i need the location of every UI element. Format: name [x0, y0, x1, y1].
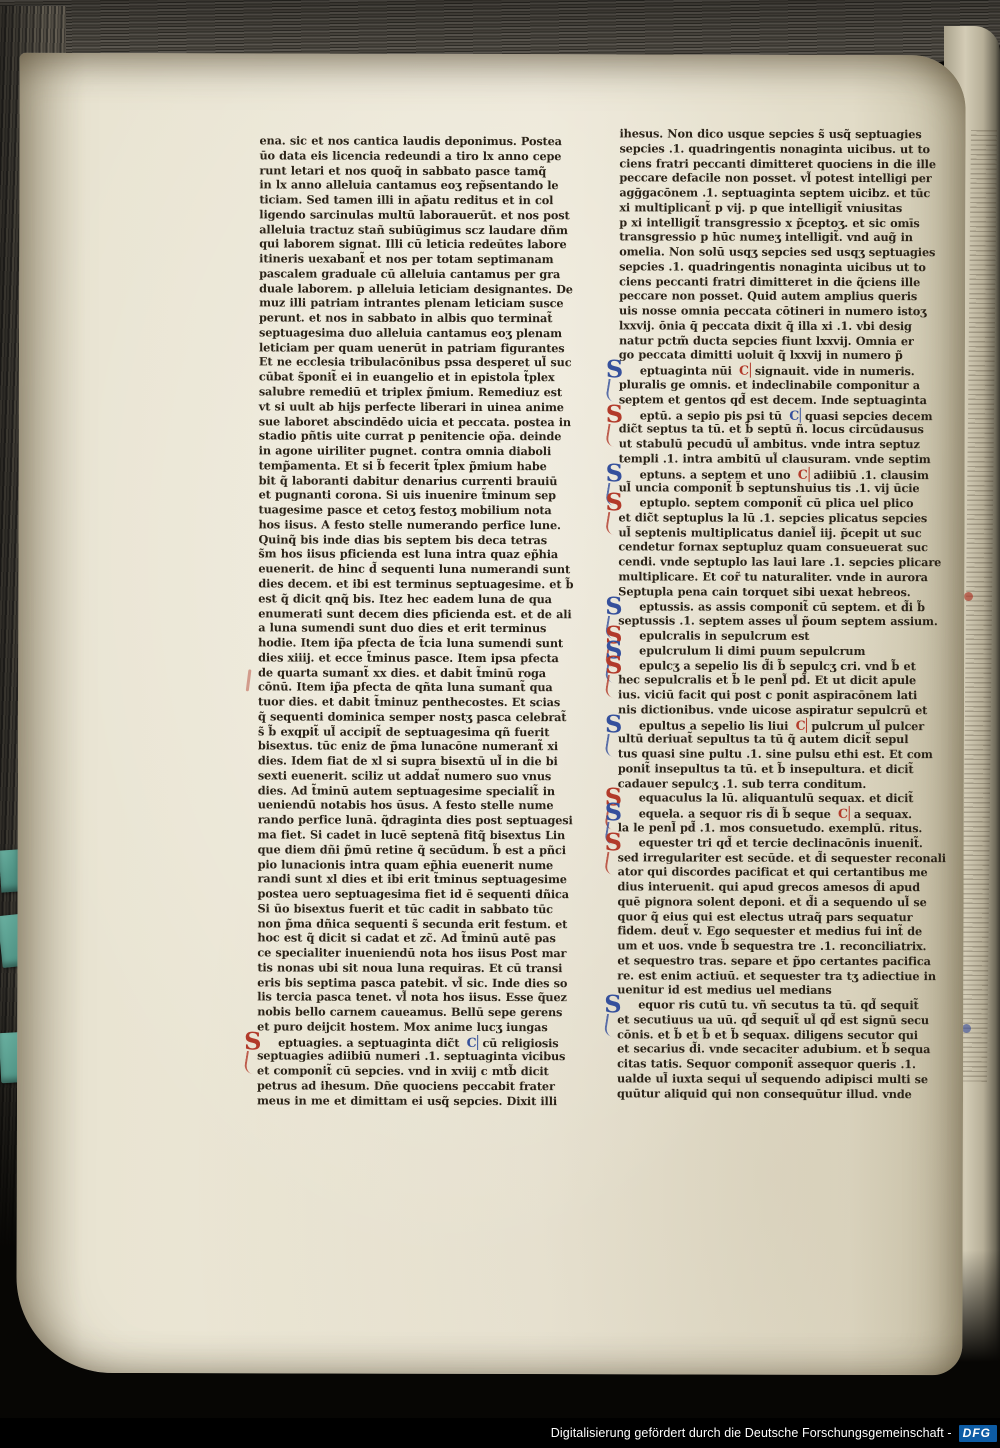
- line-text: s̃m hos iisus pficienda est luna intra q…: [258, 547, 558, 562]
- text-line: in lx anno alleluia cantamus eoʒ rep̃sen…: [259, 178, 567, 194]
- line-text: cendetur fornax septupluz quam consueuer…: [618, 540, 927, 555]
- text-line: Sequester tri qd̃ et tercie declinacōnis…: [618, 835, 920, 851]
- line-text: templi .1. intra ambitū ul̃ clausuram. v…: [619, 451, 931, 466]
- line-text: epulcrulum li dimi puum sepulcrum: [639, 643, 865, 658]
- line-text: agḡgacōnem .1. septuaginta septem uicibz…: [619, 185, 930, 200]
- line-text: equaculus la lū. aliquantulū sequax. et …: [639, 791, 914, 806]
- line-text: et componit̃ cū sepcies. vnd in xviij c …: [257, 1064, 549, 1079]
- text-line: Septuaginta nūi Csignauit. vide in numer…: [619, 363, 921, 379]
- adjacent-page-blue-initial: [962, 1024, 971, 1033]
- text-line: quor q̃ eius qui est electus utraq̃ pars…: [617, 909, 919, 925]
- text-line: s̃ b̃ exqpit̃ ul̃ accipit̃ de septuagesi…: [258, 724, 566, 740]
- text-line: sepcies .1. quadringentis nonaginta uici…: [619, 141, 921, 157]
- pilcrow-mark: C: [798, 466, 810, 481]
- line-text: lis tercia pasca tenet. vl̃ nota hos iis…: [257, 990, 567, 1005]
- line-text: hos iisus. A festo stelle numerando perf…: [258, 517, 560, 532]
- text-line: qui laborem signat. Illi cū leticia rede…: [259, 237, 567, 253]
- line-text: ultū deriuat̃ sepultus ta tū q̃ autem di…: [618, 732, 909, 747]
- text-line: stadio pñtis uite currat p penitencie op…: [259, 429, 567, 445]
- text-line: um et uos. vnde b̃ sequestra tre .1. rec…: [617, 938, 919, 954]
- line-text: quūtur aliquid qui non consequūtur illud…: [617, 1086, 912, 1101]
- line-text: lxxvij. ōnia q̄ peccata dixit q̃ illa xi…: [619, 318, 912, 333]
- line-text: vt si uult ab hijs perfecte liberari in …: [259, 399, 564, 414]
- line-text: quē pignora solent deponi. et d̃i a sequ…: [617, 894, 926, 909]
- line-text: ihesus. Non dico usque sepcies s̃ usq̃ s…: [620, 126, 922, 141]
- text-line: et pugnanti corona. Si uis inuenire t̃mi…: [259, 488, 567, 504]
- text-line: in agone uiriliter pugnet. contra omnia …: [259, 443, 567, 459]
- text-line: dies. Ad t̃minū autem septuagesime speci…: [258, 783, 566, 799]
- text-line: euenerit. de hinc d̃ sequenti luna numer…: [258, 562, 566, 578]
- text-line: ut stabulū pecudū ul̃ ambitus. vnde intr…: [619, 436, 921, 452]
- line-text: ce specialiter inueniendū nota hos iisus…: [257, 945, 566, 960]
- text-column-left: ena. sic et nos cantica laudis deponimus…: [257, 133, 568, 1108]
- dfg-logo: DFG: [959, 1425, 997, 1442]
- text-line: lis tercia pasca tenet. vl̃ nota hos iis…: [257, 990, 565, 1006]
- line-text: ul̃ uncia componit̃ b̃ septunshuius tis …: [619, 481, 920, 496]
- text-line: quē pignora solent deponi. et d̃i a sequ…: [617, 894, 919, 910]
- text-line: bisextus. tūc eniz de p̃ma lunacōne nume…: [258, 739, 566, 755]
- text-line: alleluia tractuz stañ subiūgimus scz lau…: [259, 222, 567, 238]
- text-line: meus in me et dimittam ei usq̃ sepcies. …: [257, 1093, 565, 1109]
- line-text: ūo data eis licencia redeundi a tiro lx …: [259, 148, 561, 163]
- line-text: meus in me et dimittam ei usq̃ sepcies. …: [257, 1093, 557, 1108]
- text-line: et componit̃ cū sepcies. vnd in xviij c …: [257, 1064, 565, 1080]
- text-line: que diem dñi p̃mū retine q̃ secūdum. b̃ …: [258, 842, 566, 858]
- text-line: sue laboret abscindēdo uicia et peccata.…: [259, 414, 567, 430]
- text-line: re. est enim actiuū. et sequester tra tʒ…: [617, 968, 919, 984]
- line-text: Et ne ecclesia tribulacōnibus pssa despe…: [259, 355, 572, 370]
- line-text: runt letari et nos quoq̃ in sabbato pasc…: [259, 163, 546, 178]
- line-text: que diem dñi p̃mū retine q̃ secūdum. b̃ …: [258, 842, 566, 857]
- line-text: petrus ad ihesum. Dñe quociens peccabit …: [257, 1078, 555, 1093]
- line-text: ualde ul̃ iuxta sequi ul̃ sequendo adipi…: [617, 1071, 928, 1086]
- text-line: ticiam. Sed tamen illi in ap̃atu reditus…: [259, 192, 567, 208]
- pilcrow-mark: C: [789, 407, 801, 422]
- text-line: la le penl̃ pd̃ .1. mos consuetudo. exem…: [618, 820, 920, 836]
- text-line: tuagesime pasce et cetoʒ festoʒ mobilium…: [259, 503, 567, 519]
- line-text: dies. Idem fiat de xl si supra bisextū u…: [258, 754, 558, 769]
- text-line: non p̃ma dñica sequenti s̃ secunda erit …: [257, 916, 565, 932]
- text-line: ūo data eis licencia redeundi a tiro lx …: [259, 148, 567, 164]
- line-text: nobis bello carnem caueamus. Bellū sepe …: [257, 1005, 562, 1020]
- line-text: tus quasi sine pultu .1. sine pulsu ethi…: [618, 746, 933, 761]
- line-text: eptū. a sepio pis psi tū: [640, 408, 786, 422]
- text-line: dies decem. et ibi est terminus septuage…: [258, 576, 566, 592]
- line-text: non p̃ma dñica sequenti s̃ secunda erit …: [257, 916, 567, 931]
- line-text: pascalem graduale cū alleluia cantamus p…: [259, 266, 560, 281]
- line-text: ut stabulū pecudū ul̃ ambitus. vnde intr…: [619, 436, 920, 451]
- line-text: salubre remediū et triplex p̃mium. Remed…: [259, 384, 562, 399]
- line-text: randi sunt xl dies et ibi erit t̃minus s…: [258, 872, 567, 887]
- text-line: transgressio p hūc numeʒ intelligit̃. vn…: [619, 230, 921, 246]
- line-text: eptuagies. a septuaginta dic̃t: [278, 1035, 464, 1049]
- text-line: tus quasi sine pultu .1. sine pulsu ethi…: [618, 746, 920, 762]
- text-line: et secutiuus ua uū. qd̃ sequit̃ ul̃ qd̃ …: [617, 1012, 919, 1028]
- text-line: fidem. deut̃ v. Ego sequester et medius …: [617, 924, 919, 940]
- line-text: sue laboret abscindēdo uicia et peccata.…: [259, 414, 571, 429]
- line-text: est q̃ dicit qnq̃ bis. Itez hec eadem lu…: [258, 591, 552, 606]
- pilcrow-mark: C: [838, 806, 850, 821]
- margin-pen-mark: [246, 669, 252, 691]
- line-text: equela. a sequor ris d̃i b̃ seque: [639, 807, 835, 822]
- text-line: ce specialiter inueniendū nota hos iisus…: [257, 945, 565, 961]
- line-text: septuagies adiibiū numeri .1. septuagint…: [257, 1049, 565, 1064]
- text-line: est q̃ dicit qnq̃ bis. Itez hec eadem lu…: [258, 591, 566, 607]
- line-text: citas tatis. Sequor componit̃ assequor q…: [617, 1057, 916, 1072]
- text-line: nobis bello carnem caueamus. Bellū sepe …: [257, 1005, 565, 1021]
- line-text: epulcralis in sepulcrum est: [639, 628, 809, 642]
- text-line: et sequestro tras. separe et p̃po certan…: [617, 953, 919, 969]
- line-text: in lx anno alleluia cantamus eoʒ rep̃sen…: [259, 178, 558, 193]
- line-text: pio lunacionis intra quam ep̃hia eueneri…: [258, 857, 554, 872]
- text-line: et dic̃t septuplus la lū .1. sepcies pli…: [618, 510, 920, 526]
- line-text: cū religiosis: [482, 1036, 558, 1050]
- text-line: go peccata dimitti uoluit q̃ lxxvij in n…: [619, 348, 921, 364]
- line-text: quor q̃ eius qui est electus utraq̃ pars…: [617, 909, 912, 924]
- text-line: postea uero septuagesima fiet id ē seque…: [258, 886, 566, 902]
- line-text: quasi sepcies decem: [805, 408, 932, 422]
- caption-bar: Digitalisierung gefördert durch die Deut…: [0, 1418, 1000, 1448]
- line-text: Si ūo bisextus fuerit et tūc cadit in sa…: [257, 901, 552, 916]
- line-text: septuagesima duo alleluia cantamus eoʒ p…: [259, 325, 562, 340]
- text-line: septussis .1. septem asses ul̃ p̃oum sep…: [618, 614, 920, 630]
- text-line: peccare non posset. Quid autem amplius q…: [619, 289, 921, 305]
- line-text: p xi intelligit̃ transgressio x p̃ceptoʒ…: [619, 215, 919, 230]
- text-line: tuor dies. et dabit t̃minuz penthecostes…: [258, 694, 566, 710]
- line-text: et secutiuus ua uū. qd̃ sequit̃ ul̃ qd̃ …: [617, 1012, 929, 1027]
- line-text: natur pctm̃ ducta sepcies fiunt lxxvij. …: [619, 333, 914, 348]
- line-text: ator qui discordes pacificat et qui cert…: [618, 865, 928, 880]
- line-text: peccare non posset. Quid autem amplius q…: [619, 289, 917, 304]
- text-line: salubre remediū et triplex p̃mium. Remed…: [259, 384, 567, 400]
- line-text: enumerati sunt decem dies pficienda est.…: [258, 606, 571, 621]
- line-text: dies xiiij. et ecce t̃minus pasce. Item …: [258, 650, 559, 665]
- line-text: euenerit. de hinc d̃ sequenti luna numer…: [258, 562, 570, 577]
- text-line: temp̃amenta. Et si b̃ fecerit t̃plex p̃m…: [259, 458, 567, 474]
- line-text: epultus a sepelio lis liui: [639, 718, 793, 732]
- text-line: ma fiet. Si cadet in lucē septenā fitq̃ …: [258, 827, 566, 843]
- text-line: dius interuenit. qui apud grecos amesos …: [618, 879, 920, 895]
- text-line: p xi intelligit̃ transgressio x p̃ceptoʒ…: [619, 215, 921, 231]
- line-text: et secarius d̃i. vnde secaciter adubium.…: [617, 1042, 930, 1057]
- text-line: sed irregulariter est secūde. et d̃i seq…: [618, 850, 920, 866]
- book-scan-photo: { "caption": { "text": "Digitalisierung …: [0, 0, 1000, 1448]
- text-line: ciens peccanti fratri dimitteret in die …: [619, 274, 921, 290]
- text-line: citas tatis. Sequor componit̃ assequor q…: [617, 1057, 919, 1073]
- line-text: tis nonas ubi sit noua luna requiras. Et…: [257, 960, 562, 975]
- text-line: cendetur fornax septupluz quam consueuer…: [618, 540, 920, 556]
- line-text: re. est enim actiuū. et sequester tra tʒ…: [617, 968, 936, 983]
- line-text: leticiam per quam uenerūt in patriam fig…: [259, 340, 565, 355]
- text-line: ueniendū notabis hos ūsus. A festo stell…: [258, 798, 566, 814]
- text-line: ciens fratri peccanti dimitteret quocien…: [619, 156, 921, 172]
- line-text: cendi. vnde septuplo las laui lare .1. s…: [618, 555, 941, 570]
- text-line: Septupla pena cain torquet sibi uexat he…: [618, 584, 920, 600]
- text-line: multiplicare. Et cor̃ tu naturaliter. vn…: [618, 569, 920, 585]
- line-text: bisextus. tūc eniz de p̃ma lunacōne nume…: [258, 739, 558, 754]
- line-text: sepcies .1. quadringentis nonaginta uici…: [619, 259, 926, 274]
- line-text: rando perfice lunā. q̃draginta dies post…: [258, 813, 573, 828]
- text-line: Sepulcʒ a sepelio lis d̃i b̃ sepulcʒ cri…: [618, 658, 920, 674]
- text-line: ligendo sarcinulas multū laborauerūt. et…: [259, 207, 567, 223]
- text-line: uis nosse omnia peccata cōtineri in nume…: [619, 304, 921, 320]
- line-text: Septupla pena cain torquet sibi uexat he…: [618, 584, 910, 599]
- text-line: omelia. Non solū usqʒ sepcies sed usqʒ s…: [619, 244, 921, 260]
- text-line: agḡgacōnem .1. septuaginta septem uicibz…: [619, 185, 921, 201]
- line-text: qui laborem signat. Illi cū leticia rede…: [259, 237, 566, 252]
- line-text: itineris uexabant̃ et nos per totam sept…: [259, 252, 553, 267]
- text-line: duale laborem. p alleluia leticiam desig…: [259, 281, 567, 297]
- line-text: ponit̃ insepultus ta tū. et b̃ insepultu…: [618, 761, 914, 776]
- text-line: nis dictionibus. vnde uicose aspiratur s…: [618, 702, 920, 718]
- text-line: runt letari et nos quoq̃ in sabbato pasc…: [259, 163, 567, 179]
- line-text: ueniendū notabis hos ūsus. A festo stell…: [258, 798, 554, 813]
- line-text: et dic̃t septuplus la lū .1. sepcies pli…: [618, 510, 927, 525]
- line-text: de quarta sumant̃ xx dies. et dabit t̃mi…: [258, 665, 546, 680]
- text-line: et secarius d̃i. vnde secaciter adubium.…: [617, 1042, 919, 1058]
- text-line: de quarta sumant̃ xx dies. et dabit t̃mi…: [258, 665, 566, 681]
- text-line: muz illi patriam intrantes plenam letici…: [259, 296, 567, 312]
- text-line: Septussis. as assis componit̃ cū septem.…: [618, 599, 920, 615]
- line-text: peccare defacile non posset. vl̃ potest …: [619, 171, 931, 186]
- text-line: Septuns. a septem et uno Cadiibiū .1. cl…: [619, 466, 921, 482]
- text-line: randi sunt xl dies et ibi erit t̃minus s…: [258, 872, 566, 888]
- text-line: dic̃t septus ta tū. et b̃ septū ñ. locus…: [619, 422, 921, 438]
- text-line: uenitur id est medius uel medians: [617, 983, 919, 999]
- line-text: nis dictionibus. vnde uicose aspiratur s…: [618, 702, 927, 717]
- text-line: Sequaculus la lū. aliquantulū sequax. et…: [618, 791, 920, 807]
- line-text: dies decem. et ibi est terminus septuage…: [258, 576, 573, 591]
- line-text: dies. Ad t̃minū autem septuagesime speci…: [258, 783, 555, 798]
- line-text: fidem. deut̃ v. Ego sequester et medius …: [617, 924, 922, 939]
- text-line: ena. sic et nos cantica laudis deponimus…: [259, 133, 567, 149]
- text-line: hoc est q̃ dicit si cadat et zc̃. Ad t̃m…: [257, 931, 565, 947]
- text-line: Quinq̃ bis inde dias bis septem bis deca…: [258, 532, 566, 548]
- text-line: ul̃ septenis multiplicatus daniel̃ iij. …: [618, 525, 920, 541]
- text-line: hodie. Item ip̃a pfecta de t̃cia luna su…: [258, 635, 566, 651]
- line-text: hodie. Item ip̃a pfecta de t̃cia luna su…: [258, 635, 563, 650]
- line-text: muz illi patriam intrantes plenam letici…: [259, 296, 563, 311]
- manuscript-page: ena. sic et nos cantica laudis deponimus…: [16, 53, 965, 1375]
- text-line: septuagies adiibiū numeri .1. septuagint…: [257, 1049, 565, 1065]
- line-text: eptuns. a septem et uno: [640, 467, 795, 481]
- line-text: sed irregulariter est secūde. et d̃i seq…: [618, 850, 946, 865]
- text-line: cadauer sepulcʒ .1. sub terra conditum.: [618, 776, 920, 792]
- line-text: septussis .1. septem asses ul̃ p̃oum sep…: [618, 614, 937, 629]
- line-text: dius interuenit. qui apud grecos amesos …: [618, 879, 920, 894]
- text-line: cōnis. et b̃ et b̃ et b̃ sequax. diligen…: [617, 1027, 919, 1043]
- line-text: a sequax.: [854, 807, 912, 821]
- line-text: cōnis. et b̃ et b̃ et b̃ sequax. diligen…: [617, 1027, 918, 1042]
- line-text: septem et gentos qd̃ est decem. Inde sep…: [619, 392, 927, 407]
- text-line: sexti euenerit. sciliz ut addat̃ numero …: [258, 768, 566, 784]
- adjacent-page-ghost-text: [961, 130, 997, 1082]
- text-line: hos iisus. A festo stelle numerando perf…: [258, 517, 566, 533]
- text-line: cōnū. Item ip̃a pfecta de qñta luna suma…: [258, 680, 566, 696]
- line-text: adiibiū .1. clausim: [814, 467, 929, 481]
- line-text: go peccata dimitti uoluit q̃ lxxvij in n…: [619, 348, 903, 363]
- text-line: Et ne ecclesia tribulacōnibus pssa despe…: [259, 355, 567, 371]
- line-text: ligendo sarcinulas multū laborauerūt. et…: [259, 207, 569, 222]
- line-text: alleluia tractuz stañ subiūgimus scz lau…: [259, 222, 568, 237]
- line-text: cōnū. Item ip̃a pfecta de qñta luna suma…: [258, 680, 553, 695]
- text-line: perunt. et nos in sabbato in albis quo t…: [259, 311, 567, 327]
- line-text: ciens peccanti fratri dimitteret in die …: [619, 274, 920, 289]
- text-line: natur pctm̃ ducta sepcies fiunt lxxvij. …: [619, 333, 921, 349]
- line-text: s̃ b̃ exqpit̃ ul̃ accipit̃ de septuagesi…: [258, 724, 549, 739]
- line-text: equester tri qd̃ et tercie declinacōnis …: [639, 835, 923, 850]
- text-line: ualde ul̃ iuxta sequi ul̃ sequendo adipi…: [617, 1071, 919, 1087]
- pilcrow-mark: C: [796, 717, 808, 732]
- line-text: et puro deijcit hostem. Mox anime lucʒ i…: [257, 1019, 547, 1034]
- text-line: q̃ sequenti dominica semper nostʒ pasca …: [258, 709, 566, 725]
- text-line: eris bis septima pasca patebit. vl̃ sic.…: [257, 975, 565, 991]
- text-line: septuagesima duo alleluia cantamus eoʒ p…: [259, 325, 567, 341]
- text-line: tis nonas ubi sit noua luna requiras. Et…: [257, 960, 565, 976]
- text-line: Septuplo. septem componit̃ cū plica uel …: [619, 495, 921, 511]
- line-text: la le penl̃ pd̃ .1. mos consuetudo. exem…: [618, 820, 923, 835]
- text-line: cendi. vnde septuplo las laui lare .1. s…: [618, 555, 920, 571]
- text-line: cūbat s̃ponit̃ ei in euangelio et in epi…: [259, 370, 567, 386]
- text-line: Sequela. a sequor ris d̃i b̃ seque Ca se…: [618, 806, 920, 822]
- text-line: a luna sumendi sunt duo dies et erit ter…: [258, 621, 566, 637]
- text-line: ius. viciū facit qui post c ponit aspira…: [618, 687, 920, 703]
- line-text: ul̃ septenis multiplicatus daniel̃ iij. …: [618, 525, 921, 540]
- text-line: dies xiiij. et ecce t̃minus pasce. Item …: [258, 650, 566, 666]
- text-line: Sepultus a sepelio lis liui Cpulcrum ul̃…: [618, 717, 920, 733]
- text-line: leticiam per quam uenerūt in patriam fig…: [259, 340, 567, 356]
- line-text: uis nosse omnia peccata cōtineri in nume…: [619, 304, 926, 319]
- text-line: ul̃ uncia componit̃ b̃ septunshuius tis …: [619, 481, 921, 497]
- text-line: vt si uult ab hijs perfecte liberari in …: [259, 399, 567, 415]
- line-text: transgressio p hūc numeʒ intelligit̃. vn…: [619, 230, 913, 245]
- line-text: in agone uiriliter pugnet. contra omnia …: [259, 443, 551, 458]
- text-line: Sequor ris cutū tu. vñ secutus ta tū. qd…: [617, 998, 919, 1014]
- line-text: dic̃t septus ta tū. et b̃ septū ñ. locus…: [619, 422, 924, 437]
- line-text: perunt. et nos in sabbato in albis quo t…: [259, 311, 552, 326]
- adjacent-page-red-initial: [964, 592, 973, 601]
- line-text: q̃ sequenti dominica semper nostʒ pasca …: [258, 709, 566, 724]
- line-text: cadauer sepulcʒ .1. sub terra conditum.: [618, 776, 866, 791]
- line-text: et pugnanti corona. Si uis inuenire t̃mi…: [259, 488, 556, 503]
- line-text: eptuaginta nūi: [640, 364, 736, 378]
- line-text: sexti euenerit. sciliz ut addat̃ numero …: [258, 768, 551, 783]
- line-text: multiplicare. Et cor̃ tu naturaliter. vn…: [618, 569, 928, 584]
- text-line: rando perfice lunā. q̃draginta dies post…: [258, 813, 566, 829]
- line-text: temp̃amenta. Et si b̃ fecerit t̃plex p̃m…: [259, 458, 547, 473]
- line-text: eptussis. as assis componit̃ cū septem. …: [639, 599, 925, 614]
- line-text: a luna sumendi sunt duo dies et erit ter…: [258, 621, 546, 636]
- text-line: s̃m hos iisus pficienda est luna intra q…: [258, 547, 566, 563]
- line-text: um et uos. vnde b̃ sequestra tre .1. rec…: [617, 938, 926, 953]
- text-line: bit q̃ laboranti dabitur denarius curren…: [259, 473, 567, 489]
- text-line: petrus ad ihesum. Dñe quociens peccabit …: [257, 1078, 565, 1094]
- line-text: cūbat s̃ponit̃ ei in euangelio et in epi…: [259, 370, 555, 385]
- line-text: eris bis septima pasca patebit. vl̃ sic.…: [257, 975, 567, 990]
- line-text: sepcies .1. quadringentis nonaginta uici…: [619, 141, 929, 156]
- text-line: Sepulcrulum li dimi puum sepulcrum: [618, 643, 920, 659]
- text-line: Septuagies. a septuaginta dic̃t Ccū reli…: [257, 1034, 565, 1050]
- text-line: Si ūo bisextus fuerit et tūc cadit in sa…: [257, 901, 565, 917]
- line-text: Quinq̃ bis inde dias bis septem bis deca…: [258, 532, 547, 547]
- text-line: enumerati sunt decem dies pficienda est.…: [258, 606, 566, 622]
- text-line: quūtur aliquid qui non consequūtur illud…: [617, 1086, 919, 1102]
- text-line: peccare defacile non posset. vl̃ potest …: [619, 171, 921, 187]
- line-text: ius. viciū facit qui post c ponit aspira…: [618, 687, 917, 702]
- text-line: xi multiplicant̃ p vij. p que intelligit…: [619, 200, 921, 216]
- pilcrow-mark: C: [467, 1035, 479, 1050]
- text-line: septem et gentos qd̃ est decem. Inde sep…: [619, 392, 921, 408]
- text-line: Sepulcralis in sepulcrum est: [618, 628, 920, 644]
- line-text: hoc est q̃ dicit si cadat et zc̃. Ad t̃m…: [257, 931, 555, 946]
- text-line: itineris uexabant̃ et nos per totam sept…: [259, 252, 567, 268]
- line-text: ciens fratri peccanti dimitteret quocien…: [619, 156, 935, 171]
- text-line: ator qui discordes pacificat et qui cert…: [618, 865, 920, 881]
- line-text: bit q̃ laboranti dabitur denarius curren…: [259, 473, 558, 488]
- line-text: omelia. Non solū usqʒ sepcies sed usqʒ s…: [619, 244, 935, 259]
- text-column-right: ihesus. Non dico usque sepcies s̃ usq̃ s…: [617, 126, 922, 1101]
- text-line: ponit̃ insepultus ta tū. et b̃ insepultu…: [618, 761, 920, 777]
- line-text: duale laborem. p alleluia leticiam desig…: [259, 281, 573, 296]
- line-text: postea uero septuagesima fiet id ē seque…: [258, 886, 569, 901]
- text-line: templi .1. intra ambitū ul̃ clausuram. v…: [619, 451, 921, 467]
- line-text: ma fiet. Si cadet in lucē septenā fitq̃ …: [258, 827, 565, 842]
- text-line: pluralis ge omnis. et indeclinabile comp…: [619, 377, 921, 393]
- text-line: lxxvij. ōnia q̄ peccata dixit q̃ illa xi…: [619, 318, 921, 334]
- text-line: ihesus. Non dico usque sepcies s̃ usq̃ s…: [620, 126, 922, 142]
- line-text: et sequestro tras. separe et p̃po certan…: [617, 953, 930, 968]
- text-line: dies. Idem fiat de xl si supra bisextū u…: [258, 754, 566, 770]
- text-line: sepcies .1. quadringentis nonaginta uici…: [619, 259, 921, 275]
- line-text: hec sepulcralis et b̃ le penl̃ pd̃. Et u…: [618, 673, 916, 688]
- text-line: Septū. a sepio pis psi tū Cquasi sepcies…: [619, 407, 921, 423]
- line-text: equor ris cutū tu. vñ secutus ta tū. qd̃…: [638, 998, 918, 1013]
- line-text: pulcrum ul̃ pulcer: [811, 718, 924, 732]
- text-line: pascalem graduale cū alleluia cantamus p…: [259, 266, 567, 282]
- digitization-caption: Digitalisierung gefördert durch die Deut…: [551, 1426, 952, 1440]
- text-line: ultū deriuat̃ sepultus ta tū q̃ autem di…: [618, 732, 920, 748]
- line-text: stadio pñtis uite currat p penitencie op…: [259, 429, 562, 444]
- line-text: tuagesime pasce et cetoʒ festoʒ mobilium…: [259, 503, 552, 518]
- text-line: et puro deijcit hostem. Mox anime lucʒ i…: [257, 1019, 565, 1035]
- line-text: uenitur id est medius uel medians: [617, 983, 831, 998]
- line-text: eptuplo. septem componit̃ cū plica uel p…: [640, 496, 914, 511]
- line-text: pluralis ge omnis. et indeclinabile comp…: [619, 377, 920, 392]
- line-text: signauit. vide in numeris.: [755, 364, 915, 378]
- text-line: pio lunacionis intra quam ep̃hia eueneri…: [258, 857, 566, 873]
- line-text: ena. sic et nos cantica laudis deponimus…: [259, 133, 561, 148]
- pilcrow-mark: C: [739, 363, 751, 378]
- line-text: tuor dies. et dabit t̃minuz penthecostes…: [258, 694, 560, 709]
- line-text: xi multiplicant̃ p vij. p que intelligit…: [619, 200, 902, 215]
- line-text: epulcʒ a sepelio lis d̃i b̃ sepulcʒ cri.…: [639, 658, 916, 673]
- text-line: hec sepulcralis et b̃ le penl̃ pd̃. Et u…: [618, 673, 920, 689]
- line-text: ticiam. Sed tamen illi in ap̃atu reditus…: [259, 192, 553, 207]
